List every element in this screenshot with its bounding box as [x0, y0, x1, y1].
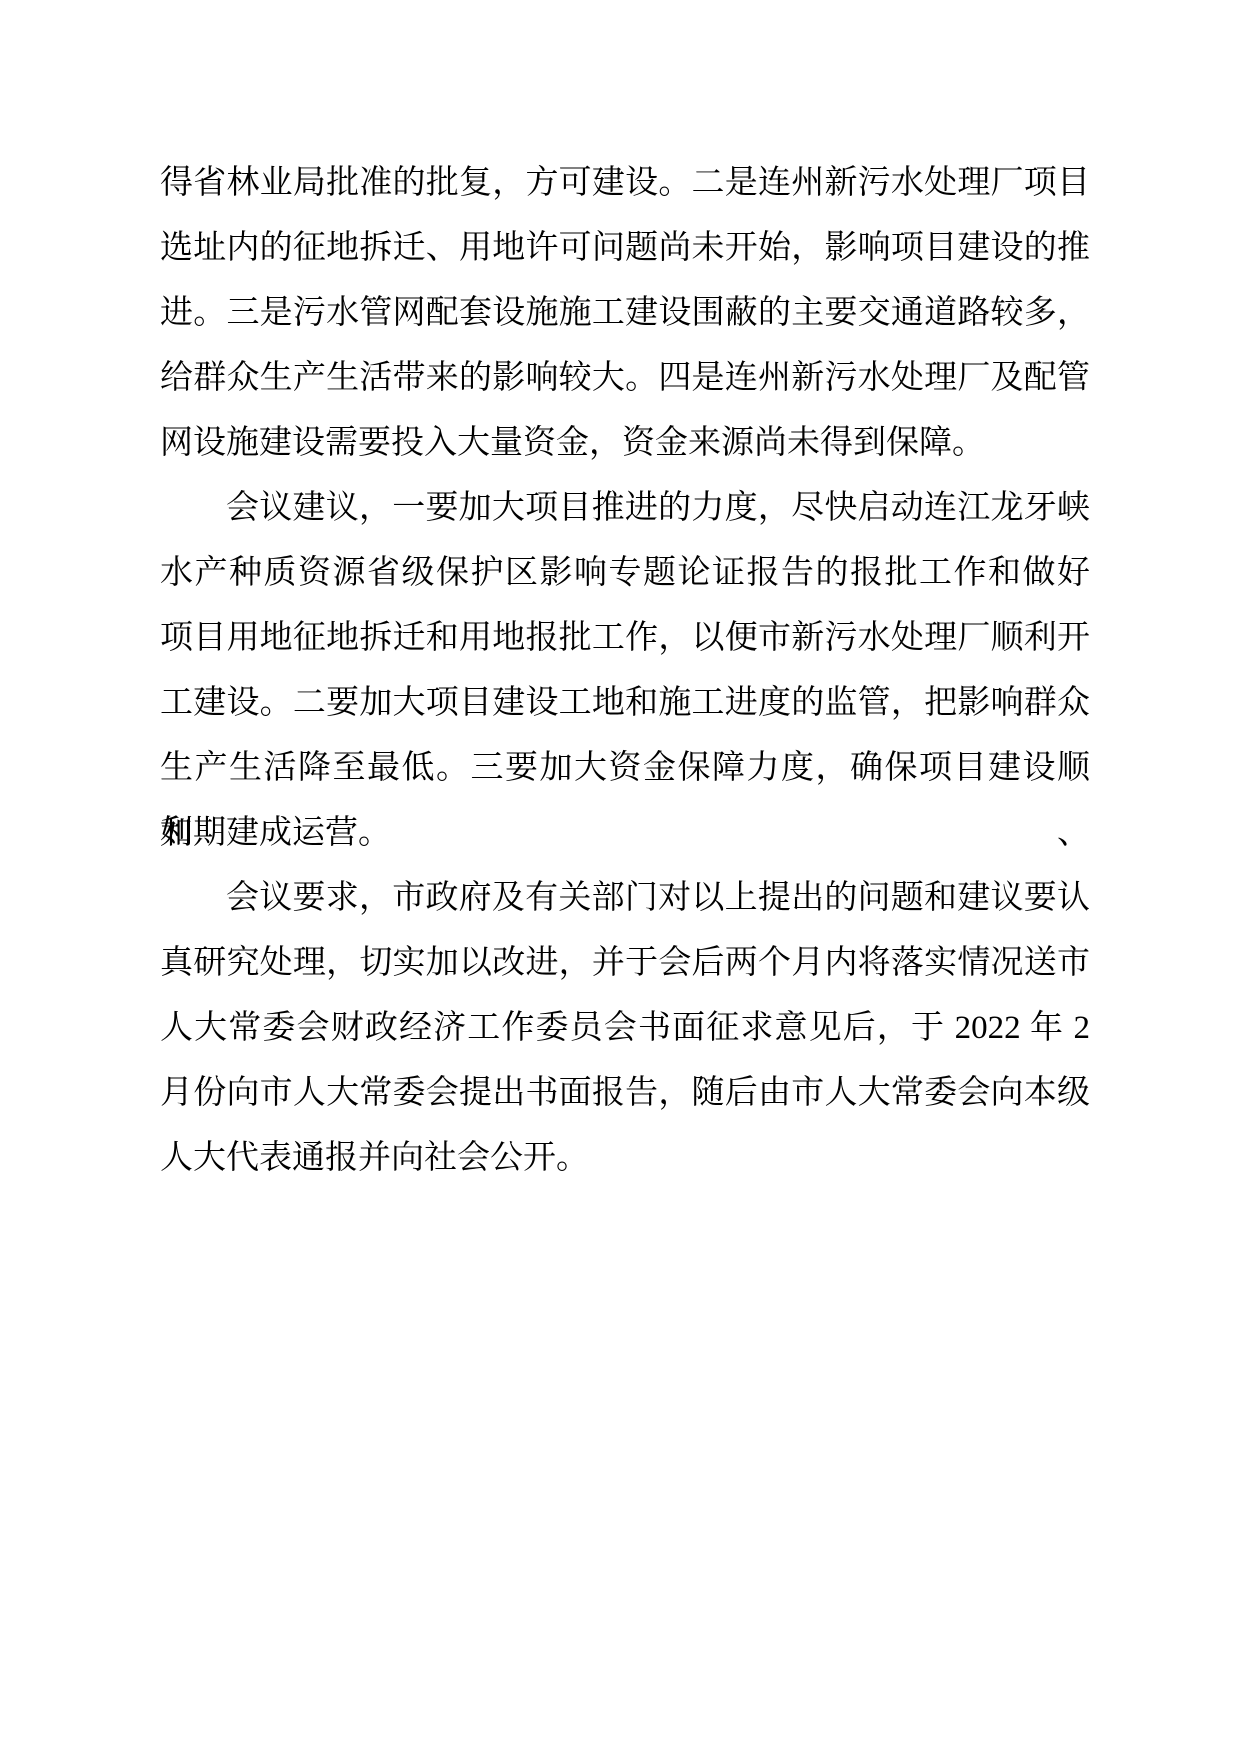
text-line: 人大代表通报并向社会公开。 [160, 1126, 1090, 1191]
text-line: 进。三是污水管网配套设施施工建设围蔽的主要交通道路较多， [160, 281, 1090, 346]
text-line: 生产生活降至最低。三要加大资金保障力度，确保项目建设顺利、 [160, 736, 1090, 801]
text-line: 人大常委会财政经济工作委员会书面征求意见后，于 2022 年 2 [160, 996, 1090, 1061]
text-line: 工建设。二要加大项目建设工地和施工进度的监管，把影响群众 [160, 671, 1090, 736]
text-line: 选址内的征地拆迁、用地许可问题尚未开始，影响项目建设的推 [160, 216, 1090, 281]
text-line: 给群众生产生活带来的影响较大。四是连州新污水处理厂及配管 [160, 346, 1090, 411]
text-line: 真研究处理，切实加以改进，并于会后两个月内将落实情况送市 [160, 931, 1090, 996]
document-page: 得省林业局批准的批复，方可建设。二是连州新污水处理厂项目选址内的征地拆迁、用地许… [0, 0, 1240, 1754]
text-line: 得省林业局批准的批复，方可建设。二是连州新污水处理厂项目 [160, 151, 1090, 216]
text-line: 水产种质资源省级保护区影响专题论证报告的报批工作和做好 [160, 541, 1090, 606]
text-line: 会议要求，市政府及有关部门对以上提出的问题和建议要认 [160, 866, 1090, 931]
body-text: 得省林业局批准的批复，方可建设。二是连州新污水处理厂项目选址内的征地拆迁、用地许… [160, 151, 1090, 1191]
text-line: 月份向市人大常委会提出书面报告，随后由市人大常委会向本级 [160, 1061, 1090, 1126]
text-line: 项目用地征地拆迁和用地报批工作，以便市新污水处理厂顺利开 [160, 606, 1090, 671]
text-line: 网设施建设需要投入大量资金，资金来源尚未得到保障。 [160, 411, 1090, 476]
text-line: 会议建议，一要加大项目推进的力度，尽快启动连江龙牙峡 [160, 476, 1090, 541]
